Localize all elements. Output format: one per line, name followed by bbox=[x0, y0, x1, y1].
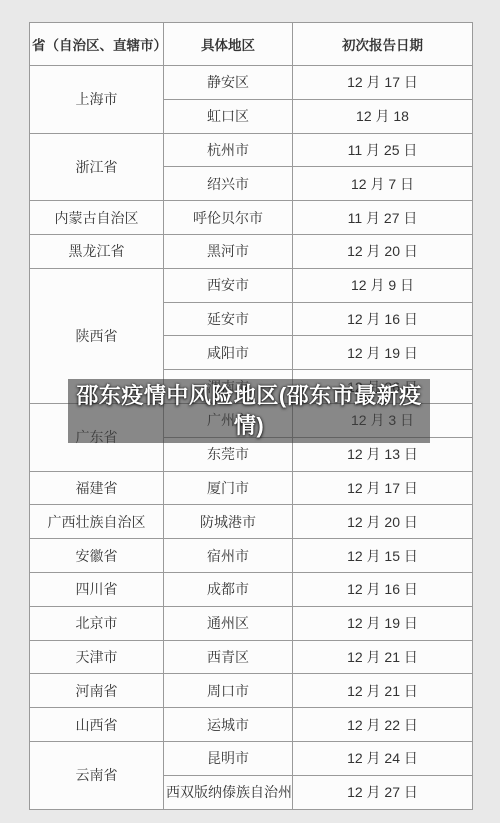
date-cell: 12 月 21 日 bbox=[293, 640, 473, 674]
date-cell: 12 月 21 日 bbox=[293, 674, 473, 708]
table-row: 陕西省西安市12 月 9 日 bbox=[30, 268, 473, 302]
area-cell: 延安市 bbox=[164, 302, 293, 336]
table-row: 广西壮族自治区防城港市12 月 20 日 bbox=[30, 505, 473, 539]
date-cell: 11 月 25 日 bbox=[293, 133, 473, 167]
date-cell: 12 月 16 日 bbox=[293, 302, 473, 336]
table-row: 安徽省宿州市12 月 15 日 bbox=[30, 539, 473, 573]
date-cell: 12 月 20 日 bbox=[293, 505, 473, 539]
page-background: 省（自治区、直辖市） 具体地区 初次报告日期 上海市静安区12 月 17 日虹口… bbox=[0, 0, 500, 823]
date-cell: 12 月 16 日 bbox=[293, 572, 473, 606]
area-cell: 西安市 bbox=[164, 268, 293, 302]
date-cell: 12 月 20 日 bbox=[293, 234, 473, 268]
table-row: 山西省运城市12 月 22 日 bbox=[30, 708, 473, 742]
province-cell: 天津市 bbox=[30, 640, 164, 674]
date-cell: 12 月 7 日 bbox=[293, 167, 473, 201]
table-row: 福建省厦门市12 月 17 日 bbox=[30, 471, 473, 505]
area-cell: 黑河市 bbox=[164, 234, 293, 268]
area-cell: 绍兴市 bbox=[164, 167, 293, 201]
province-cell: 黑龙江省 bbox=[30, 234, 164, 268]
table-header-row: 省（自治区、直辖市） 具体地区 初次报告日期 bbox=[30, 23, 473, 66]
province-cell: 广西壮族自治区 bbox=[30, 505, 164, 539]
date-cell: 12 月 17 日 bbox=[293, 471, 473, 505]
date-cell: 12 月 27 日 bbox=[293, 775, 473, 809]
area-cell: 杭州市 bbox=[164, 133, 293, 167]
table-row: 浙江省杭州市11 月 25 日 bbox=[30, 133, 473, 167]
date-cell: 12 月 9 日 bbox=[293, 268, 473, 302]
table-row: 四川省成都市12 月 16 日 bbox=[30, 572, 473, 606]
area-cell: 西双版纳傣族自治州 bbox=[164, 775, 293, 809]
date-cell: 12 月 15 日 bbox=[293, 539, 473, 573]
table-row: 北京市通州区12 月 19 日 bbox=[30, 606, 473, 640]
watermark-title-line1: 邵东疫情中风险地区(邵东市最新疫 bbox=[68, 381, 430, 411]
table-row: 黑龙江省黑河市12 月 20 日 bbox=[30, 234, 473, 268]
table-row: 河南省周口市12 月 21 日 bbox=[30, 674, 473, 708]
table-row: 云南省昆明市12 月 24 日 bbox=[30, 741, 473, 775]
province-cell: 四川省 bbox=[30, 572, 164, 606]
area-cell: 昆明市 bbox=[164, 741, 293, 775]
date-cell: 11 月 27 日 bbox=[293, 201, 473, 235]
province-cell: 北京市 bbox=[30, 606, 164, 640]
province-cell: 上海市 bbox=[30, 66, 164, 134]
table-row: 上海市静安区12 月 17 日 bbox=[30, 66, 473, 100]
col-header-area: 具体地区 bbox=[164, 23, 293, 66]
date-cell: 12 月 22 日 bbox=[293, 708, 473, 742]
area-cell: 静安区 bbox=[164, 66, 293, 100]
area-cell: 运城市 bbox=[164, 708, 293, 742]
date-cell: 12 月 19 日 bbox=[293, 606, 473, 640]
province-cell: 云南省 bbox=[30, 741, 164, 809]
province-cell: 福建省 bbox=[30, 471, 164, 505]
col-header-province: 省（自治区、直辖市） bbox=[30, 23, 164, 66]
col-header-report-date: 初次报告日期 bbox=[293, 23, 473, 66]
area-cell: 成都市 bbox=[164, 572, 293, 606]
province-cell: 内蒙古自治区 bbox=[30, 201, 164, 235]
area-cell: 厦门市 bbox=[164, 471, 293, 505]
area-cell: 西青区 bbox=[164, 640, 293, 674]
area-cell: 防城港市 bbox=[164, 505, 293, 539]
date-cell: 12 月 18 bbox=[293, 99, 473, 133]
watermark-title-line2: 情) bbox=[68, 411, 430, 441]
table-row: 内蒙古自治区呼伦贝尔市11 月 27 日 bbox=[30, 201, 473, 235]
area-cell: 周口市 bbox=[164, 674, 293, 708]
province-cell: 河南省 bbox=[30, 674, 164, 708]
province-cell: 山西省 bbox=[30, 708, 164, 742]
date-cell: 12 月 19 日 bbox=[293, 336, 473, 370]
date-cell: 12 月 17 日 bbox=[293, 66, 473, 100]
area-cell: 宿州市 bbox=[164, 539, 293, 573]
area-cell: 通州区 bbox=[164, 606, 293, 640]
date-cell: 12 月 24 日 bbox=[293, 741, 473, 775]
area-cell: 呼伦贝尔市 bbox=[164, 201, 293, 235]
area-cell: 虹口区 bbox=[164, 99, 293, 133]
province-cell: 安徽省 bbox=[30, 539, 164, 573]
area-cell: 咸阳市 bbox=[164, 336, 293, 370]
table-row: 天津市西青区12 月 21 日 bbox=[30, 640, 473, 674]
watermark-title-overlay: 邵东疫情中风险地区(邵东市最新疫 情) bbox=[68, 379, 430, 443]
province-cell: 浙江省 bbox=[30, 133, 164, 201]
